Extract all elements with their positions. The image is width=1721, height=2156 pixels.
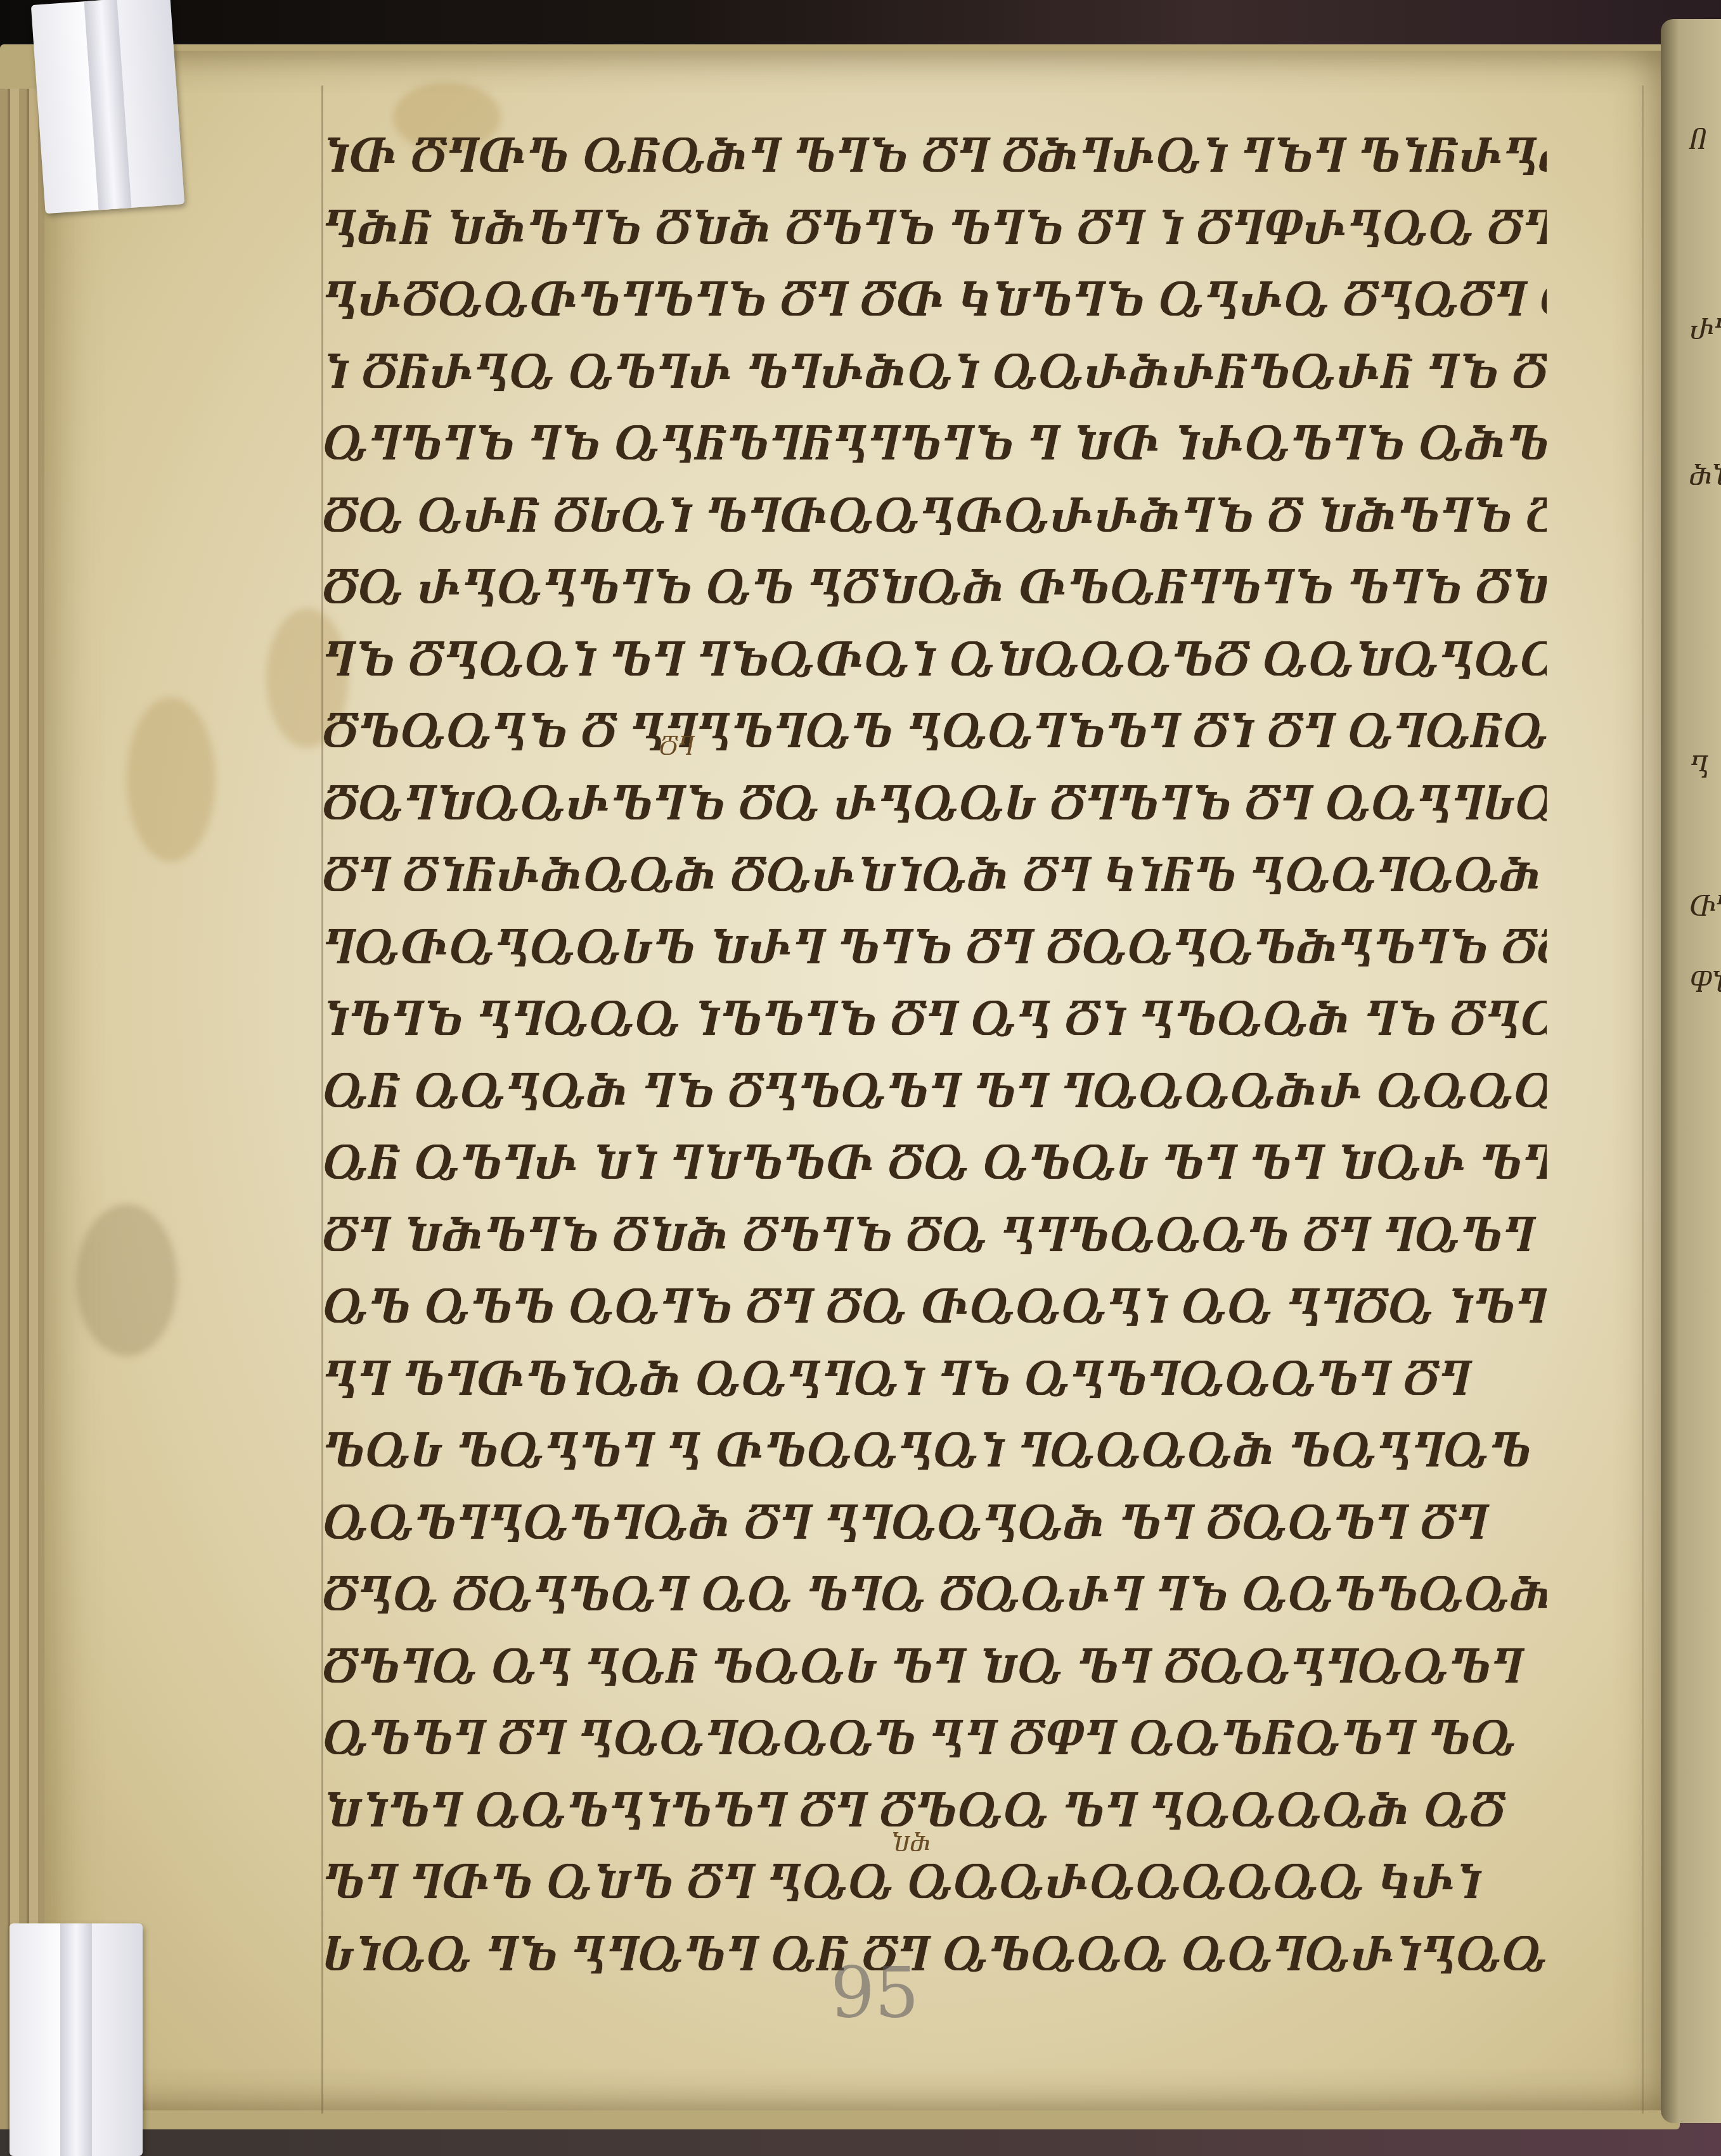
text-line: ႣႤ ႣႨႬႰႫႭႭႫ ႣႭႰႮႨႭႫ ႣႤ ႩႨႬႪ ႢႭႭႤႭႭႫ ႪႤႦ [323, 849, 1547, 921]
text-line: ႪႭႱ ႪႭႢႪႤ Ⴂ ႧႪႭႭႢႭႨ ႤႭႭႭႭႫ ႪႭႢႤႭႪ ႪႤ [323, 1425, 1547, 1497]
text-line: ႨႧ ႣႤႧႪ ႭႬႭႫႤ ႪႤႦ ႣႤ ႣႫႤႰႭႨ ႤႦႤ ႪႨႬႰႢႫႭ … [323, 130, 1547, 202]
next-page-fragment: Ⴂ [1689, 754, 1708, 782]
page-clip-top [31, 0, 184, 214]
text-line: ႱႨႭႭ ႤႦ ႢႤႭႪႤ ႭႬ ႣႤ ႭႪႭႭႭ ႭႭႤႭႰႨႢႭႭ [323, 1928, 1547, 2001]
stain [76, 1204, 177, 1356]
page-clip-bottom [10, 1923, 143, 2156]
outer-ruling [1642, 86, 1644, 2114]
text-line: ႤႭႧႭႢႭႭႱႪ ႮႰႤ ႪႤႦ ႣႤ ႣႭႭႢႭႪႫႢႪႤႦ ႣႣႤ ႤႭႰ… [323, 921, 1547, 994]
text-line: ႪႤ ႤႧႪ ႭႮႪ ႣႤ ႢႭႭ ႭႭႭႰႭႭႭႭႭႭ ႩႰႨ [323, 1856, 1547, 1928]
next-page-fragment: Ⴖ [1689, 127, 1706, 155]
text-line: ႣႢႭ ႣႭႢႪႭႤ ႭႭ ႪႤႭ ႣႭႭႰႤ ႤႦ ႭႭႪႪႭႭႫ [323, 1569, 1547, 1641]
next-page-fragment: ႴႦ [1689, 970, 1721, 998]
folio-number: 95 [830, 1952, 919, 2033]
text-line: ႭႬ ႭႪႤႰ ႮႨ ႤႮႪႪႧ ႣႭ ႭႪႭႱ ႪႤ ႪႤ ႮႭႰ ႪႤ [323, 1137, 1547, 1209]
text-line: ႣႤ ႮႫႪႤႦ ႣႮႫ ႣႪႤႦ ႣႭ ႢႤႪႭႭႭႪ ႣႤ ႤႭႪႤ ႣႪႭ… [323, 1209, 1547, 1281]
text-line: Ⴈ ႣႬႰႢႭ ႭႪႤႰ ႪႤႰႫႭႨ ႭႭႰႫႰႬႪႭႰႬ ႤႦ ႣႪႤ ႪႤ… [323, 346, 1547, 418]
text-line: ႣႪႤႭ ႭႢ ႢႭႬ ႪႭႭႱ ႪႤ ႮႭ ႪႤ ႣႭႭႢႤႭႭႪႤ [323, 1641, 1547, 1713]
manuscript-text: ႨႧ ႣႤႧႪ ႭႬႭႫႤ ႪႤႦ ႣႤ ႣႫႤႰႭႨ ႤႦႤ ႪႨႬႰႢႫႭ … [323, 130, 1547, 2000]
text-line: ႣႪႭႭႢႦ Ⴃ ႢႤႢႪႤႭႪ ႢႭႭႤႦႪႤ ႣႨ ႣႤ ႭႤႭႬႭ ႪႤႦ… [323, 705, 1547, 778]
text-line: ႤႦ ႣႢႭႭႨ ႪႤ ႤႦႭႧႭႨ ႭႮႭႭႭႪႣ ႭႭႮႭႢႭႭ ႣႤ ႢႨ [323, 634, 1547, 706]
interlinear-note: ႮႫ [891, 1832, 931, 1857]
text-line: ႢႤ ႪႤႧႪႨႭႫ ႭႭႢႤႭႨ ႤႦ ႭႢႪႤႭႭႭႪႤ ႣႤ [323, 1353, 1547, 1425]
next-page-fragment: ႫႦ [1689, 463, 1721, 491]
stain [127, 697, 216, 862]
text-line: ႨႪႤႦ ႢႤႭႭႭ ႨႪႪႤႦ ႣႤ ႭႢ ႣႨ ႢႪႭႭႫ ႤႦ ႣႢႭႭ [323, 993, 1547, 1065]
text-line: ႢႰႣႭႭႧႪႤႪႤႦ ႣႤ ႣႧ ႩႮႪႤႦ ႭႢႰႭ ႣႢႭႣႤ ႭႭႭႪႬ… [323, 274, 1547, 346]
text-line: ႭႭႪႤႢႭႪႤႭႫ ႣႤ ႢႤႭႭႢႭႫ ႪႤ ႣႭႭႪႤ ႣႤ [323, 1497, 1547, 1569]
text-line: ႢႫႬ ႮႫႪႤႦ ႣႮႫ ႣႪႤႦ ႪႤႦ ႣႤ Ⴈ ႣႤႴႰႢႭႭ ႣႤ Ⴃ… [323, 202, 1547, 274]
text-line: ႭႬ ႭႭႢႭႫ ႤႦ ႣႢႪႭႪႤ ႪႤ ႤႭႭႭႭႫႰ ႭႭႭႭႪႤ [323, 1065, 1547, 1138]
text-line: ႭႤႪႤႦ ႤႦ ႭႢႬႪႤႬႢႤႪႤႦ Ⴄ ႮႧ ႨႰႭႪႤႦ ႭႫႪႭ ႮႪ… [323, 418, 1547, 490]
text-line: ႮႨႪႤ ႭႭႪႢႨႪႪႤ ႣႤ ႣႪႭႭ ႪႤ ႢႭႭႭႭႫ ႭႣ [323, 1785, 1547, 1857]
interlinear-note: ႣႤ [659, 735, 694, 760]
text-line: ႣႭႤႮႭႭႰႪႤႦ ႣႭ ႰႢႭႭႱ ႣႤႪႤႦ ႣႤ ႭႭႢႤႱႭ ႨႭႭႧ… [323, 778, 1547, 850]
text-line: ႣႭ ႭႰႬ ႣႱႭႨ ႪႤႧႭႭႢႧႭႰႰႫႤႦ Ⴃ ႮႫႪႤႦ ႣႮႫ ႣႪ… [323, 490, 1547, 562]
text-line: ႭႪ ႭႪႪ ႭႭႤႦ ႣႤ ႣႭ ႧႭႭႭႢႨ ႭႭ ႢႤႣႭ ႨႪႤ [323, 1281, 1547, 1353]
next-page-edge: Ⴖ ႰႢ ႫႦ Ⴂ ႧႤ ႴႦ [1661, 19, 1721, 2123]
text-line: ႭႪႪႤ ႣႤ ႢႭႭႤႭႭႭႪ ႢႤ ႣႴႤ ႭႭႪႬႭႪႤ ႪႭ [323, 1712, 1547, 1785]
text-line: ႣႭ ႰႢႭႢႪႤႦ ႭႪ ႢႣႮႭႫ ႧႪႭႬႤႪႤႦ ႪႤႦ ႣႮႫ ႣႤႭ… [323, 561, 1547, 634]
next-page-fragment: ႧႤ [1689, 894, 1721, 921]
next-page-fragment: ႰႢ [1689, 317, 1721, 345]
